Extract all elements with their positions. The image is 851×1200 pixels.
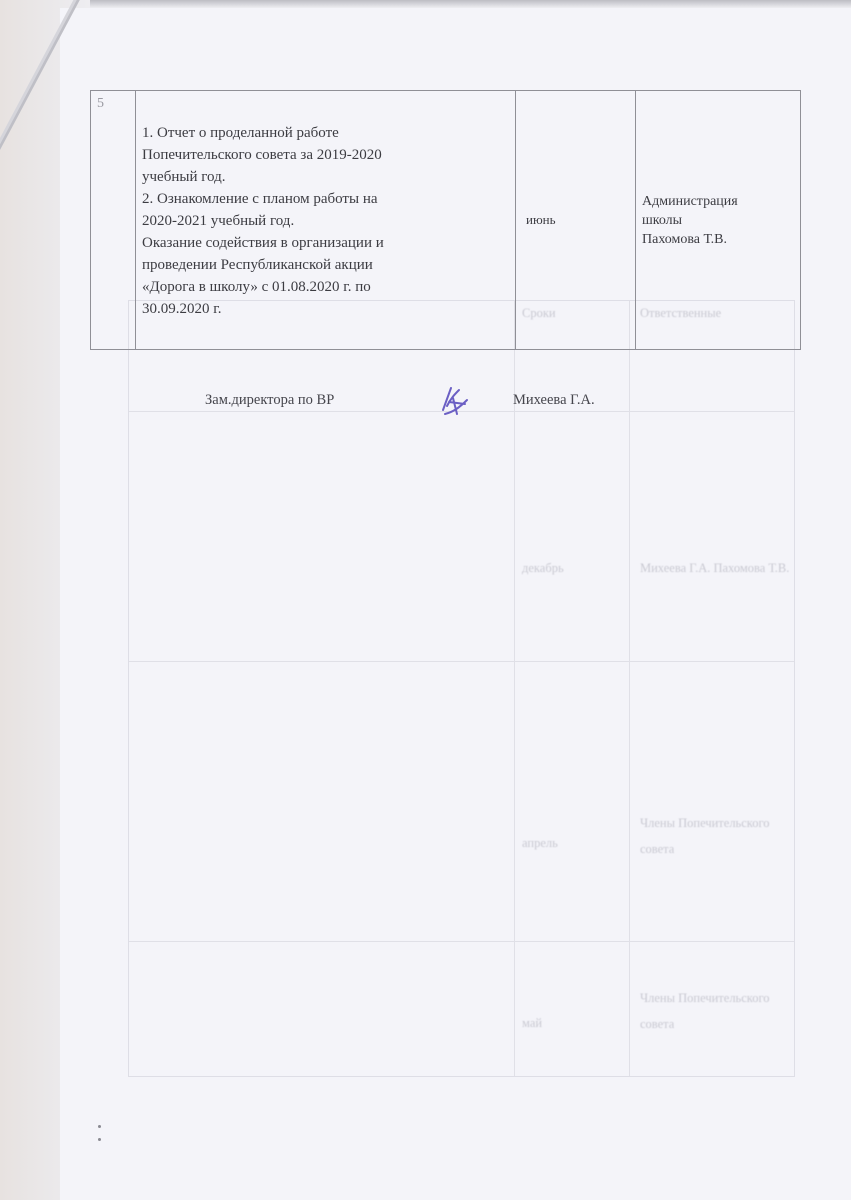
content-line: 2020-2021 учебный год. [142,210,509,232]
row-responsible: Администрация школы Пахомова Т.В. [636,91,801,350]
show-through-resp: Члены Попечительского совета [640,985,790,1037]
responsible-line: Пахомова Т.В. [642,230,794,249]
show-through-resp: Михеева Г.А. Пахомова Т.В. [640,555,790,581]
plan-table: 5 1. Отчет о проделанной работе Попечите… [90,90,801,350]
signatory-role: Зам.директора по ВР [205,392,334,409]
content-line: «Дорога в школу» с 01.08.2020 г. по [142,276,509,298]
content-line: Попечительского совета за 2019-2020 [142,144,509,166]
show-through-date: май [522,1010,542,1036]
content-line: 30.09.2020 г. [142,298,509,320]
page-top-edge [90,0,851,8]
row-number: 5 [91,91,136,350]
row-date: июнь [516,91,636,350]
show-through-resp: Члены Попечительского совета [640,810,790,862]
show-through-date: апрель [522,830,558,856]
row-content: 1. Отчет о проделанной работе Попечитель… [136,91,516,350]
signatory-name: Михеева Г.А. [513,392,595,409]
signature-mark-icon [435,384,471,418]
table-row: 5 1. Отчет о проделанной работе Попечите… [91,91,801,350]
responsible-line: Администрация [642,192,794,211]
show-through-date: декабрь [522,555,564,581]
content-line: 1. Отчет о проделанной работе [142,122,509,144]
content-line: проведении Республиканской акции [142,254,509,276]
responsible-line: школы [642,211,794,230]
scan-artifact-dots [98,1125,102,1153]
content-line: Оказание содействия в организации и [142,232,509,254]
signature-block: Зам.директора по ВР Михеева Г.А. [205,388,685,418]
content-line: учебный год. [142,166,509,188]
content-line: 2. Ознакомление с планом работы на [142,188,509,210]
